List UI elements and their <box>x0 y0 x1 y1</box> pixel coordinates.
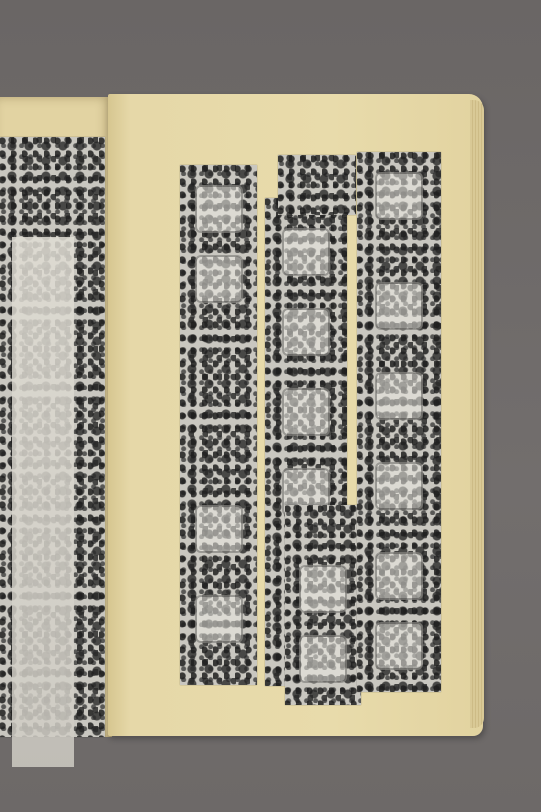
glyph <box>195 255 243 303</box>
glyph <box>282 388 330 436</box>
glyph <box>375 372 423 420</box>
glyph <box>282 308 330 356</box>
glyph <box>195 505 243 553</box>
page-edge <box>470 100 484 728</box>
glyph <box>375 172 423 220</box>
rubbing-strip-left-pale <box>12 237 74 767</box>
left-page <box>0 97 112 737</box>
glyph <box>299 565 347 613</box>
glyph <box>375 552 423 600</box>
glyph <box>375 462 423 510</box>
rubbing-strip-4 <box>285 505 361 705</box>
rubbing-strip-3 <box>278 155 356 215</box>
glyph <box>299 635 347 683</box>
glyph <box>195 595 243 643</box>
glyph <box>195 185 243 233</box>
rubbing-strip-1 <box>180 165 257 685</box>
glyph <box>375 622 423 670</box>
glyph <box>375 282 423 330</box>
glyph <box>282 228 330 276</box>
rubbing-strip-5 <box>357 152 441 692</box>
